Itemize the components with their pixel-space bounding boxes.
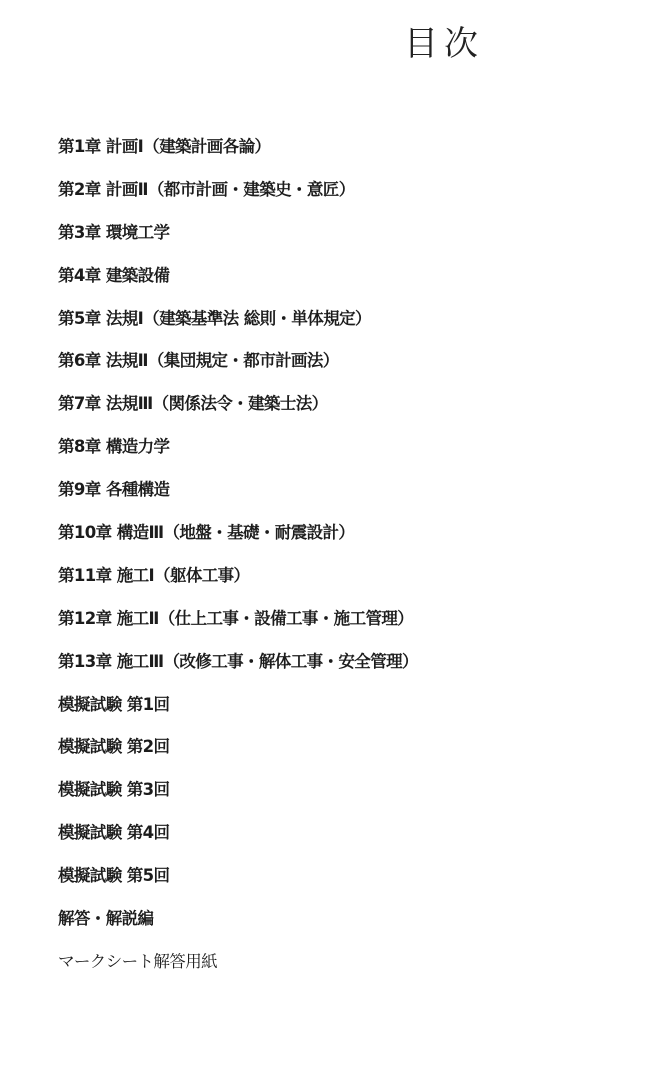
toc-item-mock-exam-5[interactable]: 模擬試験 第5回 (58, 864, 418, 907)
toc-item-chapter-2[interactable]: 第2章 計画Ⅱ（都市計画・建築史・意匠） (58, 178, 418, 221)
toc-item-mock-exam-3[interactable]: 模擬試験 第3回 (58, 778, 418, 821)
toc-item-chapter-13[interactable]: 第13章 施工Ⅲ（改修工事・解体工事・安全管理） (58, 650, 418, 693)
toc-item-chapter-6[interactable]: 第6章 法規Ⅱ（集団規定・都市計画法） (58, 349, 418, 392)
toc-item-answers[interactable]: 解答・解説編 (58, 907, 418, 950)
toc-item-chapter-9[interactable]: 第9章 各種構造 (58, 478, 418, 521)
toc-item-mock-exam-2[interactable]: 模擬試験 第2回 (58, 735, 418, 778)
toc-item-mock-exam-1[interactable]: 模擬試験 第1回 (58, 693, 418, 736)
toc-item-chapter-12[interactable]: 第12章 施工Ⅱ（仕上工事・設備工事・施工管理） (58, 607, 418, 650)
table-of-contents: 第1章 計画Ⅰ（建築計画各論） 第2章 計画Ⅱ（都市計画・建築史・意匠） 第3章… (58, 135, 418, 993)
toc-item-chapter-4[interactable]: 第4章 建築設備 (58, 264, 418, 307)
toc-item-answer-sheet[interactable]: マークシート解答用紙 (58, 950, 418, 993)
page-title: 目次 (404, 16, 484, 65)
toc-item-chapter-3[interactable]: 第3章 環境工学 (58, 221, 418, 264)
toc-item-mock-exam-4[interactable]: 模擬試験 第4回 (58, 821, 418, 864)
toc-item-chapter-1[interactable]: 第1章 計画Ⅰ（建築計画各論） (58, 135, 418, 178)
toc-item-chapter-7[interactable]: 第7章 法規Ⅲ（関係法令・建築士法） (58, 392, 418, 435)
toc-item-chapter-10[interactable]: 第10章 構造Ⅲ（地盤・基礎・耐震設計） (58, 521, 418, 564)
toc-item-chapter-5[interactable]: 第5章 法規Ⅰ（建築基準法 総則・単体規定） (58, 307, 418, 350)
toc-item-chapter-11[interactable]: 第11章 施工Ⅰ（躯体工事） (58, 564, 418, 607)
toc-item-chapter-8[interactable]: 第8章 構造力学 (58, 435, 418, 478)
